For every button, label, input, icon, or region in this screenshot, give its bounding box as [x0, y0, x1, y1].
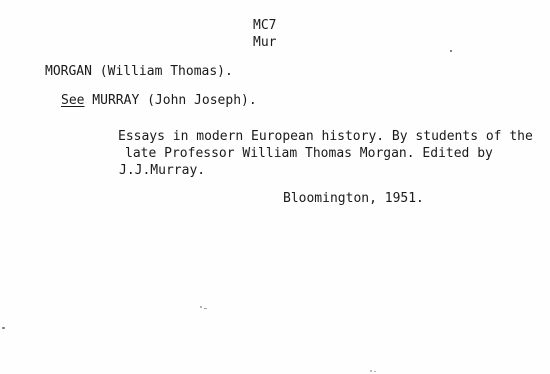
author-heading: MORGAN (William Thomas).	[45, 63, 233, 80]
scan-speck	[370, 370, 372, 372]
scan-speck	[450, 50, 452, 52]
note-line: Essays in modern European history. By st…	[118, 128, 533, 145]
see-word: See	[61, 93, 84, 108]
catalog-card: MC7 Mur MORGAN (William Thomas). See MUR…	[0, 0, 550, 374]
call-number-class: MC7	[253, 17, 276, 34]
note-line: late Professor William Thomas Morgan. Ed…	[125, 145, 493, 162]
note-line: J.J.Murray.	[119, 162, 205, 179]
call-number-cutter: Mur	[253, 34, 276, 51]
imprint-line: Bloomington, 1951.	[283, 190, 424, 207]
scan-speck	[204, 308, 207, 309]
scan-speck	[200, 306, 202, 308]
see-reference: See MURRAY (John Joseph).	[61, 92, 257, 109]
scan-speck	[374, 371, 376, 372]
see-target: MURRAY (John Joseph).	[84, 93, 256, 108]
scan-speck	[2, 327, 5, 329]
